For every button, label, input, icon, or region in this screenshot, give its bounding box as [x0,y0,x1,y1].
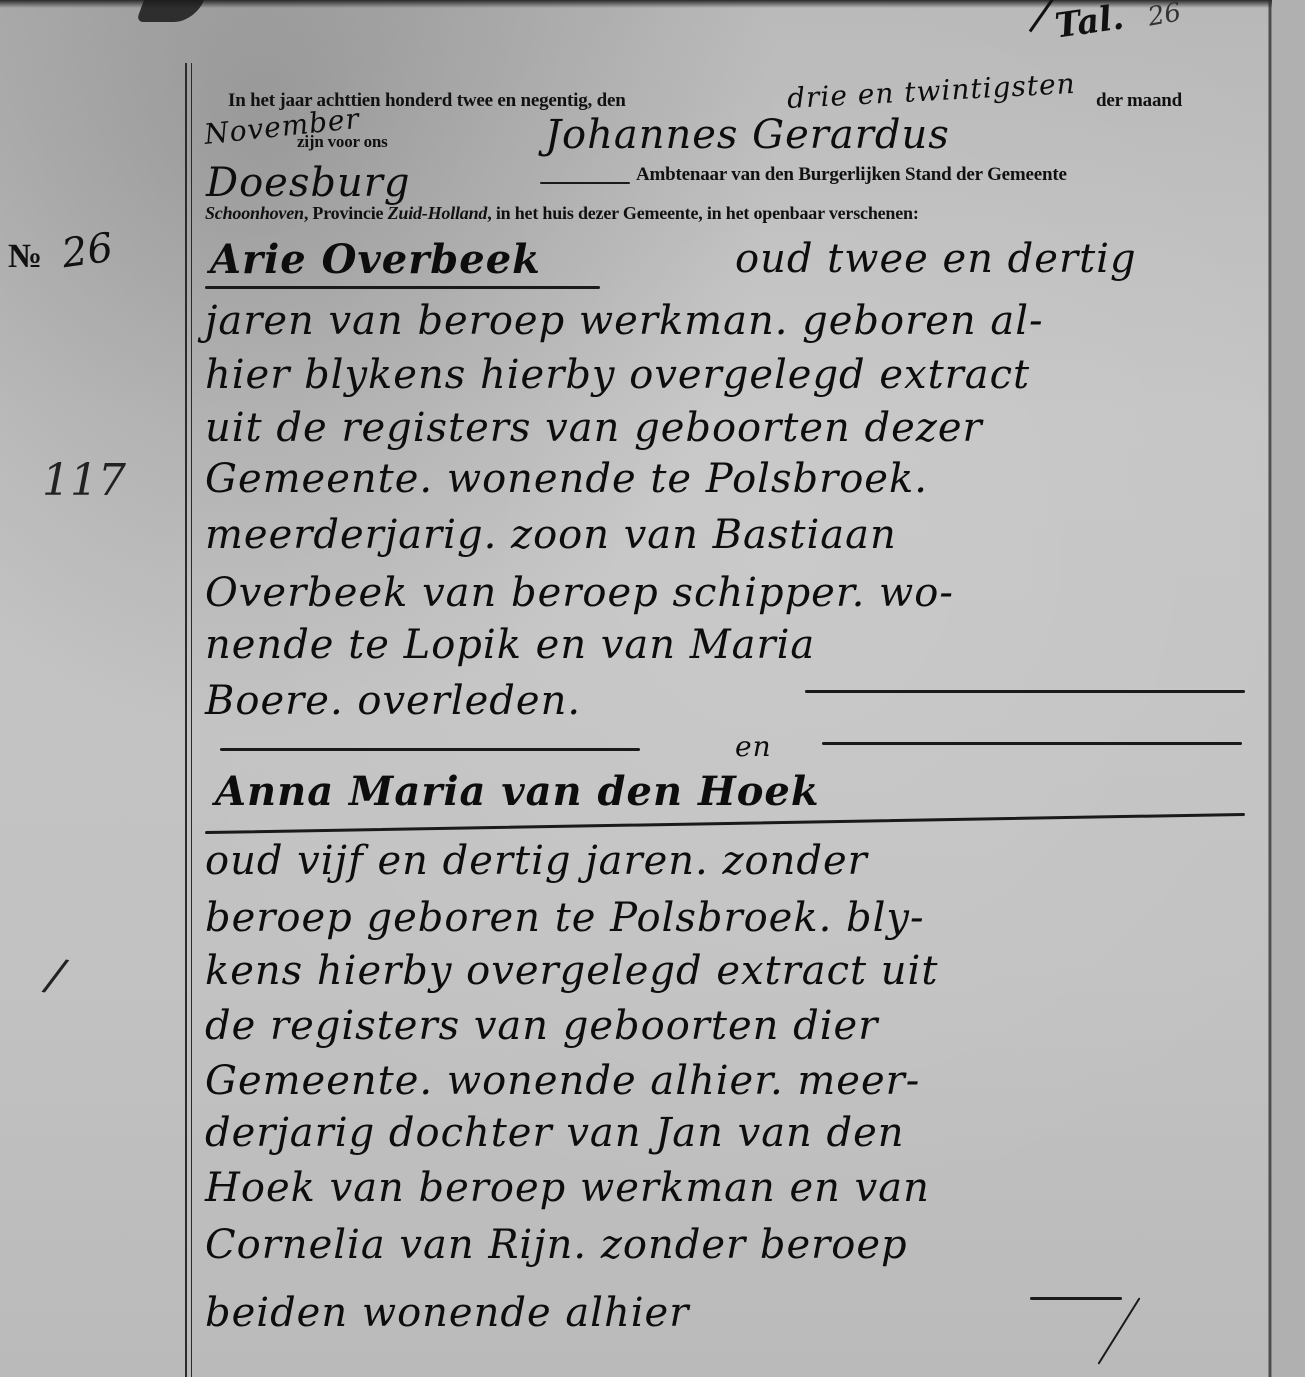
entry-number-label: № [8,238,42,276]
bride-name: Anna Maria van den Hoek [215,768,820,815]
margin-annotation-mark: / [44,949,67,1002]
bride-line-4: Gemeente. wonende alhier. meer- [205,1058,920,1104]
groom-line-8: Boere. overleden. [205,678,581,724]
printed-before-us: zijn voor ons [297,132,388,152]
province-name: Zuid-Holland [388,203,488,223]
closing-line [1030,1297,1122,1300]
groom-name: Arie Overbeek [210,236,541,283]
scanned-register-page: Tal. 26 № 26 117 / In het jaar achttien … [0,0,1305,1377]
margin-rule-inner [191,63,192,1377]
bride-line-7: Cornelia van Rijn. zonder beroep [205,1222,908,1268]
printed-official-title: Ambtenaar van den Burgerlijken Stand der… [636,164,1067,186]
bride-line-3: de registers van geboorten dier [205,1003,878,1049]
groom-line-1: jaren van beroep werkman. geboren al- [205,298,1044,344]
groom-line-5: meerderjarig. zoon van Bastiaan [205,512,897,558]
margin-rule-outer [185,63,187,1377]
groom-name-underline [205,286,600,289]
bride-line-8: beiden wonende alhier [205,1290,689,1336]
printed-municipality-line: Schoonhoven, Provincie Zuid-Holland, in … [205,203,919,224]
printed-month-label: der maand [1096,90,1182,112]
bride-line-6: Hoek van beroep werkman en van [205,1165,930,1211]
conjunction-en: en [735,730,772,763]
bride-line-5: derjarig dochter van Jan van den [205,1110,905,1156]
handwritten-official-given-names: Johannes Gerardus [545,112,950,158]
groom-line-0: oud twee en dertig [735,236,1137,282]
closing-stroke [1097,1297,1140,1364]
conjunction-line-right [822,742,1242,745]
bride-line-0: oud vijf en dertig jaren. zonder [205,838,868,884]
groom-end-line [805,690,1245,693]
margin-annotation: 117 [42,455,126,506]
groom-line-6: Overbeek van beroep schipper. wo- [205,570,954,616]
municipality-name: Schoonhoven [205,203,304,223]
printed-appeared-text: , in het huis dezer Gemeente, in het ope… [487,203,918,223]
fill-line [540,182,630,184]
bride-name-underline [205,813,1245,834]
province-label: , Provincie [304,203,383,223]
conjunction-line-left [220,748,640,751]
groom-line-4: Gemeente. wonende te Polsbroek. [205,456,928,502]
entry-number: 26 [59,225,116,278]
handwritten-official-surname: Doesburg [206,160,410,206]
folio-mark: Tal. [1053,0,1127,47]
adjacent-page-strip [1272,0,1305,1377]
groom-line-7: nende te Lopik en van Maria [205,622,815,668]
bride-line-2: kens hierby overgelegd extract uit [205,948,938,994]
handwritten-date-day: drie en twintigsten [786,67,1076,115]
groom-line-3: uit de registers van geboorten dezer [205,405,983,451]
folio-number: 26 [1146,0,1184,33]
ink-blot [136,0,204,22]
bride-line-1: beroep geboren te Polsbroek. bly- [205,895,925,941]
groom-line-2: hier blykens hierby overgelegd extract [205,352,1030,398]
